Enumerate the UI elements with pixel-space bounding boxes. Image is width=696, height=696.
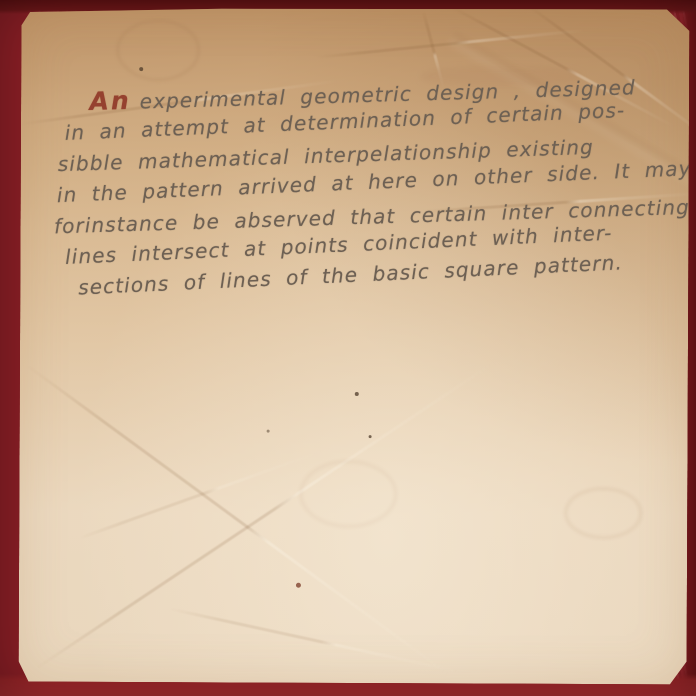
ring-smudge <box>299 460 397 528</box>
speck <box>267 430 270 433</box>
crease <box>169 607 463 674</box>
speck <box>369 435 372 438</box>
handwriting-block: Anexperimental geometric design , design… <box>55 65 682 304</box>
ring-smudge <box>116 19 200 81</box>
paper-sheet: Anexperimental geometric design , design… <box>19 7 690 685</box>
crease <box>36 360 497 669</box>
photo-red-surface: Anexperimental geometric design , design… <box>0 0 696 696</box>
ring-smudge <box>564 487 642 539</box>
speck <box>139 67 143 71</box>
lead-word-red-ink: An <box>89 86 131 116</box>
speck <box>296 583 301 588</box>
crease <box>79 449 325 540</box>
speck <box>355 392 359 396</box>
